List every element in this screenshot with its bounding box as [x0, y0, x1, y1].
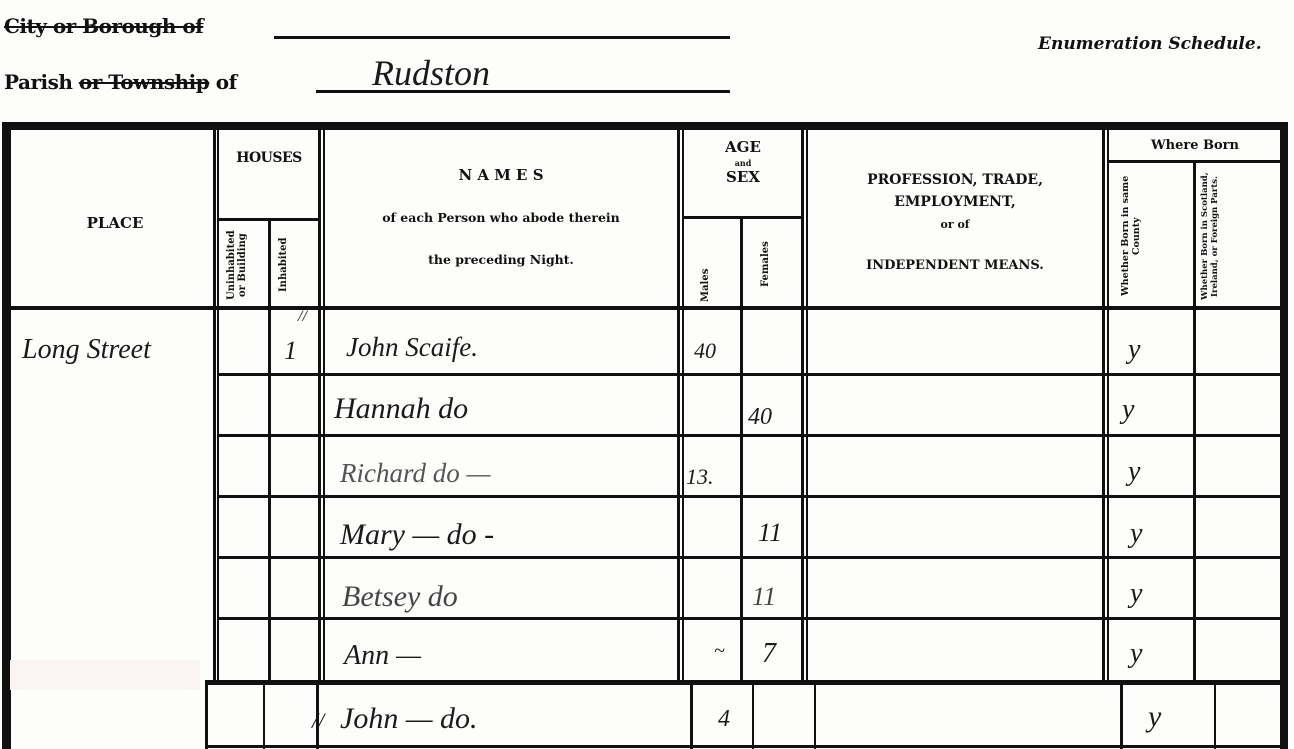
table-right-border [1280, 122, 1288, 749]
inhabited-tick: // [298, 308, 307, 326]
born-same-county: y [1128, 334, 1140, 366]
lower-col-4 [690, 683, 693, 749]
lower-col-1 [205, 683, 208, 749]
col-divider-age [801, 128, 804, 683]
header-inhabited: Inhabited [278, 228, 312, 302]
col-divider-place-2 [217, 128, 219, 683]
header-names-sub2: the preceding Night. [326, 252, 676, 267]
age-sub-line [684, 216, 802, 219]
row-line-4 [219, 556, 1281, 559]
lower-col-7 [1120, 683, 1123, 749]
age-female: 7 [762, 638, 776, 670]
header-names: N A M E S [326, 166, 676, 184]
where-born-sub-line [1109, 160, 1281, 163]
born-same-county: y [1130, 638, 1142, 670]
row-prefix-mark: // [312, 708, 324, 734]
age-male: 13. [686, 464, 714, 490]
age-female: 11 [758, 518, 782, 548]
header-uninhabited: Uninhabited or Building [226, 228, 262, 302]
age-male: ~ [714, 640, 725, 663]
census-table: PLACE HOUSES Uninhabited or Building Inh… [0, 0, 1294, 749]
lower-col-2 [263, 683, 265, 749]
person-name: Hannah do [334, 392, 468, 426]
houses-sub-line [219, 218, 319, 221]
paper-patch [10, 660, 200, 690]
page-break-line [205, 680, 1285, 685]
row-line-3 [219, 495, 1281, 498]
born-same-county: y [1130, 578, 1142, 610]
header-males: Males [700, 266, 724, 304]
col-divider-inhabited [318, 128, 321, 683]
col-divider-names-2 [682, 128, 684, 683]
col-divider-profession [1102, 128, 1105, 683]
col-divider-houses [268, 220, 271, 683]
header-foreign-parts: Whether Born in Scotland, Ireland, or Fo… [1200, 172, 1276, 300]
age-male: 4 [718, 706, 730, 733]
col-divider-profession-2 [1107, 128, 1109, 683]
age-male: 40 [694, 338, 716, 364]
header-age-and: and [684, 158, 802, 168]
col-divider-born [1193, 160, 1196, 683]
table-top-border [2, 122, 1286, 130]
header-names-sub1: of each Person who abode therein [326, 210, 676, 225]
lower-col-8 [1214, 683, 1216, 749]
row-line-1 [219, 373, 1281, 376]
born-same-county: y [1130, 518, 1142, 550]
person-name: Mary — do - [340, 518, 494, 552]
born-same-county: y [1148, 700, 1161, 734]
header-age: AGE [684, 138, 802, 156]
col-divider-males [740, 218, 743, 683]
col-divider-age-2 [806, 128, 808, 683]
header-females: Females [760, 226, 784, 302]
row-line-7 [205, 745, 1285, 748]
person-name: Richard do — [340, 458, 491, 489]
born-same-county: y [1128, 456, 1140, 488]
age-female: 11 [752, 582, 776, 612]
header-profession-1: PROFESSION, TRADE, [808, 172, 1102, 188]
header-same-county: Whether Born in same County [1120, 172, 1182, 300]
place-entry: Long Street [22, 334, 151, 366]
header-place: PLACE [20, 214, 210, 232]
header-houses: HOUSES [219, 150, 319, 166]
lower-col-6 [814, 683, 816, 749]
person-name: Betsey do [342, 580, 458, 614]
col-divider-place [213, 128, 216, 683]
person-name: John Scaife. [346, 332, 478, 363]
header-sex: SEX [684, 168, 802, 186]
person-name: John — do. [340, 702, 478, 736]
header-where-born: Where Born [1109, 138, 1281, 153]
header-profession-3: or of [808, 218, 1102, 231]
row-line-5 [219, 617, 1281, 620]
row-line-2 [219, 434, 1281, 437]
col-divider-names [677, 128, 680, 683]
col-divider-inhabited-2 [323, 128, 325, 683]
header-profession-4: INDEPENDENT MEANS. [808, 258, 1102, 273]
born-same-county: y [1122, 394, 1134, 426]
header-bottom-border [8, 306, 1284, 310]
lower-col-5 [752, 683, 754, 749]
header-profession-2: EMPLOYMENT, [808, 194, 1102, 210]
table-left-border [2, 122, 11, 749]
inhabited-mark: 1 [284, 336, 297, 366]
person-name: Ann — [344, 640, 421, 672]
age-female: 40 [748, 404, 772, 431]
